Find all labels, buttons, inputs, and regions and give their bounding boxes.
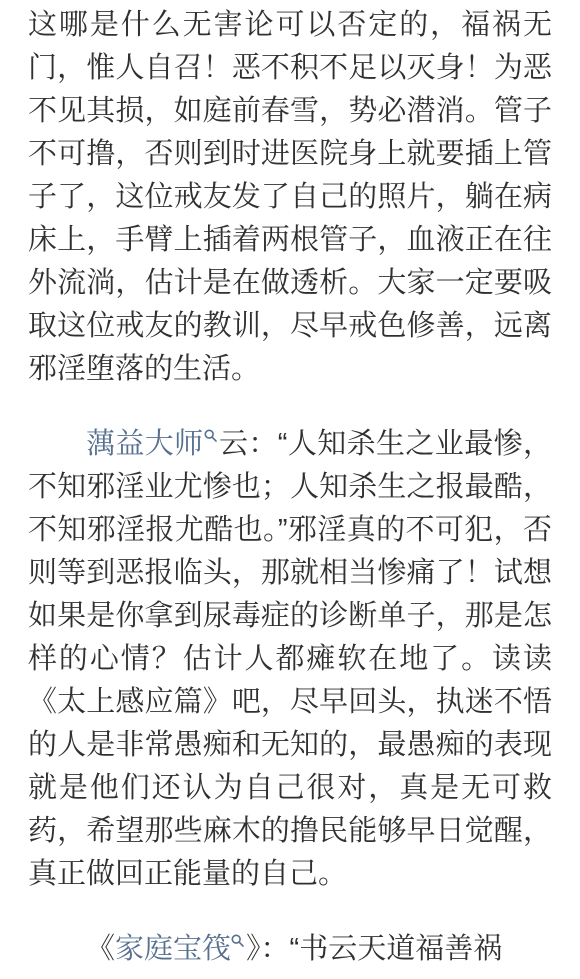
entity-link-jiating-baofa[interactable]: 家庭宝筏 [115,933,231,965]
article-page: 这哪是什么无害论可以否定的，福祸无门，惟人自召！恶不积不足以灭身！为恶不见其损，… [0,0,580,971]
search-icon[interactable] [204,429,218,443]
paragraph-text: 《 [86,933,115,965]
paragraph: 《家庭宝筏 》：“书云天道福善祸 [28,928,552,971]
entity-link-ouyi-dashi[interactable]: 蕅益大师 [86,428,204,460]
paragraph-text: 》：“书云天道福善祸 [246,933,502,965]
article-body: 这哪是什么无害论可以否定的，福祸无门，惟人自召！恶不积不足以灭身！为恶不见其损，… [28,4,552,971]
search-icon[interactable] [231,934,245,948]
paragraph: 这哪是什么无害论可以否定的，福祸无门，惟人自召！恶不积不足以灭身！为恶不见其损，… [28,4,552,391]
paragraph: 蕅益大师 云：“人知杀生之业最惨，不知邪淫业尤惨也；人知杀生之报最酷，不知邪淫报… [28,423,552,896]
paragraph-text: 云：“人知杀生之业最惨，不知邪淫业尤惨也；人知杀生之报最酷，不知邪淫报尤酷也。”… [28,428,552,890]
paragraph-text: 这哪是什么无害论可以否定的，福祸无门，惟人自召！恶不积不足以灭身！为恶不见其损，… [28,9,552,385]
